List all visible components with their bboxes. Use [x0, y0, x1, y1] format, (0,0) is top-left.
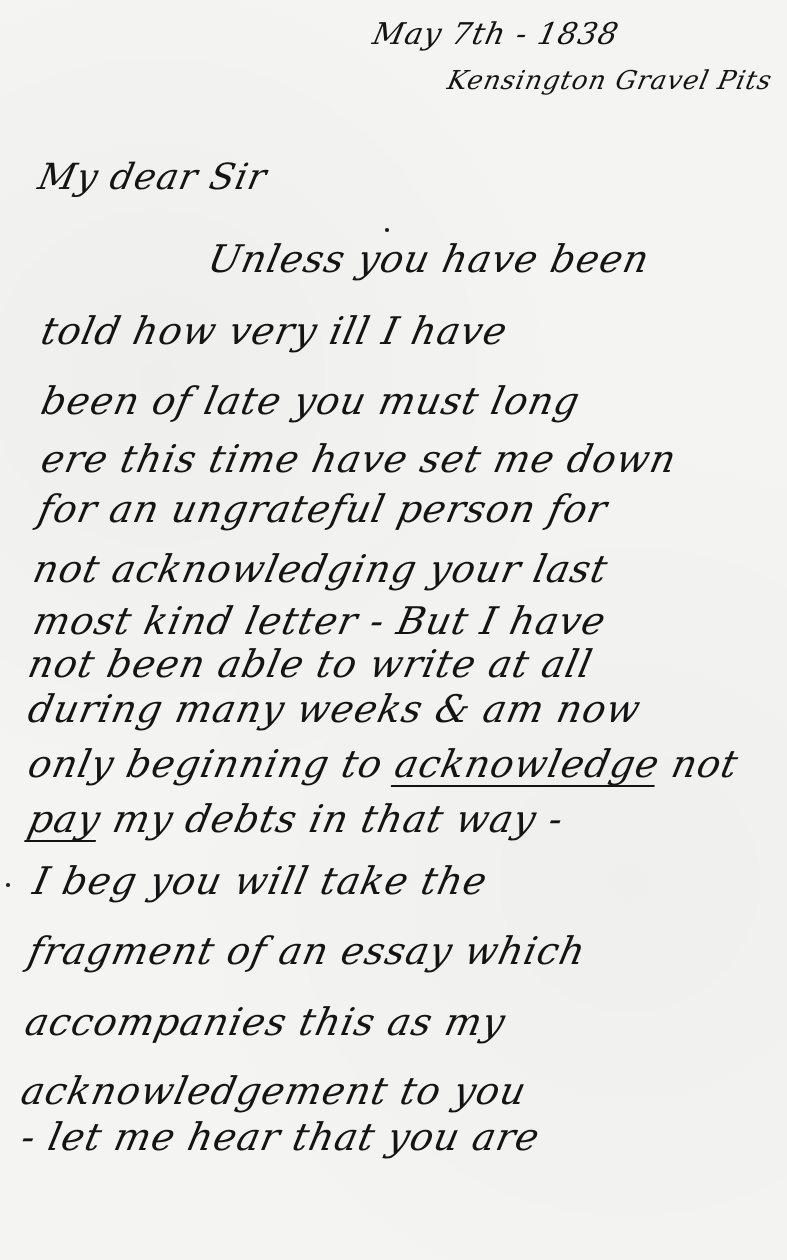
- body-line-11-rest: my debts in that way -: [109, 797, 568, 841]
- underlined-pay: pay: [24, 797, 105, 841]
- ink-dot: [6, 883, 10, 887]
- underlined-acknowledge: acknowledge: [391, 742, 664, 786]
- body-line-9: during many weeks & am now: [25, 690, 644, 728]
- letter-place: Kensington Gravel Pits: [445, 68, 775, 94]
- body-line-15: acknowledgement to you: [18, 1072, 530, 1110]
- body-line-10: only beginning to acknowledge not: [25, 745, 742, 783]
- letter-date: May 7th - 1838: [370, 20, 621, 50]
- body-line-5: for an ungrateful person for: [35, 490, 611, 528]
- body-line-12: I beg you will take the: [30, 862, 491, 900]
- body-line-11: pay my debts in that way -: [25, 800, 567, 838]
- body-line-8: not been able to write at all: [25, 645, 596, 683]
- body-line-16: - let me hear that you are: [18, 1118, 543, 1156]
- body-line-3: been of late you must long: [38, 382, 584, 420]
- body-line-7: most kind letter - But I have: [30, 602, 610, 640]
- body-line-2: told how very ill I have: [38, 312, 511, 350]
- letter-page: May 7th - 1838 Kensington Gravel Pits My…: [0, 0, 787, 1260]
- body-line-14: accompanies this as my: [22, 1003, 509, 1041]
- body-line-10-start: only beginning to: [24, 742, 387, 786]
- body-line-6: not acknowledging your last: [30, 550, 612, 588]
- body-line-1: Unless you have been: [205, 240, 653, 278]
- ink-dot: [385, 228, 389, 232]
- letter-salutation: My dear Sir: [35, 160, 270, 196]
- body-line-4: ere this time have set me down: [38, 440, 680, 478]
- body-line-13: fragment of an essay which: [25, 932, 589, 970]
- body-line-10-end: not: [668, 742, 743, 786]
